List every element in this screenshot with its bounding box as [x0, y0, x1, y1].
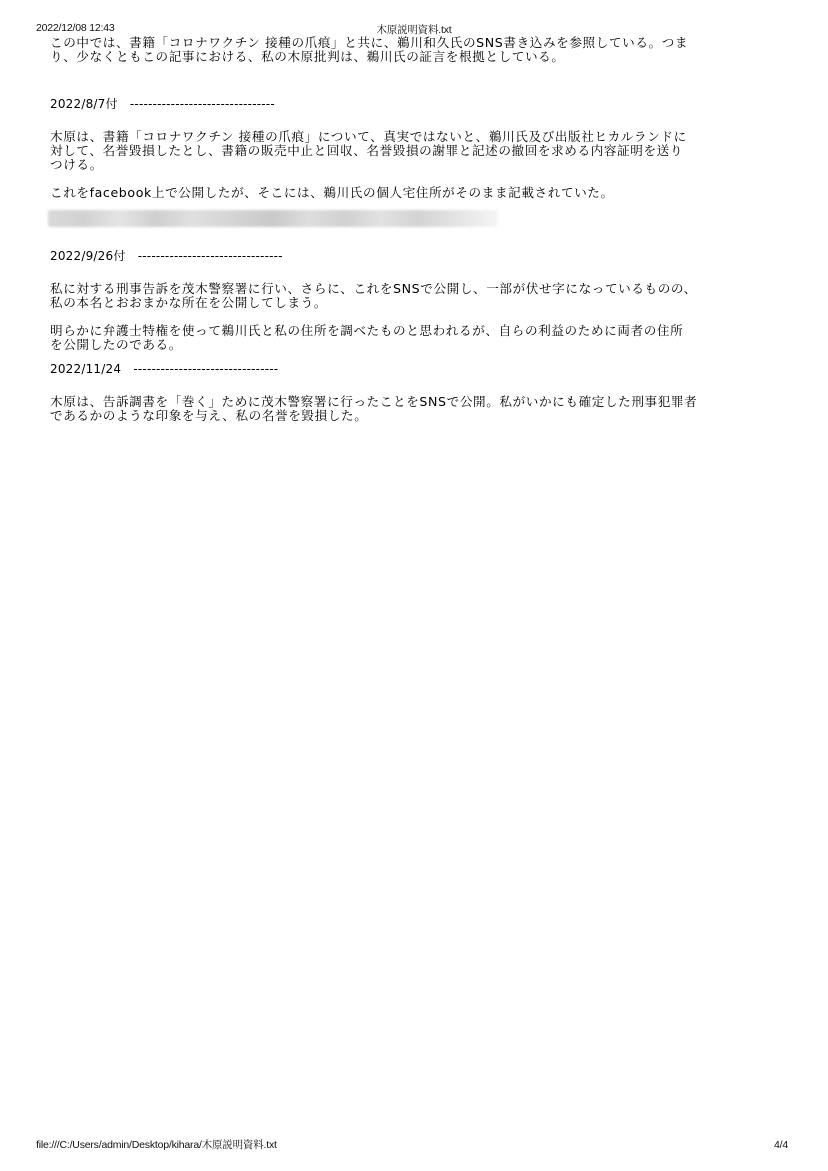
entry-paragraph: 明らかに弁護士特権を使って鵜川氏と私の住所を調べたものと思われるが、自らの利益の… — [50, 324, 790, 352]
document-body: この中では、書籍「コロナワクチン 接種の爪痕」と共に、鵜川和久氏のSNS書き込み… — [50, 36, 790, 423]
text-line: り、少なくともこの記事における、私の木原批判は、鵜川氏の証言を根拠としている。 — [50, 50, 790, 64]
text-line: 木原は、書籍「コロナワクチン 接種の爪痕」について、真実ではないと、鵜川氏及び出… — [50, 130, 790, 144]
entry-paragraph: 木原は、書籍「コロナワクチン 接種の爪痕」について、真実ではないと、鵜川氏及び出… — [50, 130, 790, 172]
text-line: 私の本名とおおまかな所在を公開してしまう。 — [50, 296, 790, 310]
text-line: 対して、名誉毀損したとし、書籍の販売中止と回収、名誉毀損の謝罪と記述の撤回を求め… — [50, 144, 790, 158]
entry-date-heading: 2022/8/7付 ------------------------------… — [50, 97, 790, 111]
text-line: 明らかに弁護士特権を使って鵜川氏と私の住所を調べたものと思われるが、自らの利益の… — [50, 324, 790, 338]
text-line: 私に対する刑事告訴を茂木警察署に行い、さらに、これをSNSで公開し、一部が伏せ字… — [50, 282, 790, 296]
redacted-address-block — [48, 210, 498, 227]
entry-2022-11-24: 2022/11/24 -----------------------------… — [50, 362, 790, 423]
text-line: つける。 — [50, 158, 790, 172]
text-line: を公開したのである。 — [50, 338, 790, 352]
entry-2022-8-7: 2022/8/7付 ------------------------------… — [50, 97, 790, 227]
entry-paragraph: 私に対する刑事告訴を茂木警察署に行い、さらに、これをSNSで公開し、一部が伏せ字… — [50, 282, 790, 310]
text-line: 木原は、告訴調書を「巻く」ために茂木警察署に行ったことをSNSで公開。私がいかに… — [50, 395, 790, 409]
intro-paragraph: この中では、書籍「コロナワクチン 接種の爪痕」と共に、鵜川和久氏のSNS書き込み… — [50, 36, 790, 64]
entry-paragraph: 木原は、告訴調書を「巻く」ために茂木警察署に行ったことをSNSで公開。私がいかに… — [50, 395, 790, 423]
text-line: であるかのような印象を与え、私の名誉を毀損した。 — [50, 409, 790, 423]
entry-date-heading: 2022/9/26付 -----------------------------… — [50, 249, 790, 263]
print-footer-file-path: file:///C:/Users/admin/Desktop/kihara/木原… — [36, 1137, 277, 1152]
print-footer-page-indicator: 4/4 — [774, 1139, 788, 1151]
entry-paragraph: これをfacebook上で公開したが、そこには、鵜川氏の個人宅住所がそのまま記載… — [50, 186, 790, 200]
text-line: これをfacebook上で公開したが、そこには、鵜川氏の個人宅住所がそのまま記載… — [50, 186, 790, 200]
text-line: この中では、書籍「コロナワクチン 接種の爪痕」と共に、鵜川和久氏のSNS書き込み… — [50, 36, 790, 50]
entry-date-heading: 2022/11/24 -----------------------------… — [50, 362, 790, 376]
entry-2022-9-26: 2022/9/26付 -----------------------------… — [50, 249, 790, 352]
